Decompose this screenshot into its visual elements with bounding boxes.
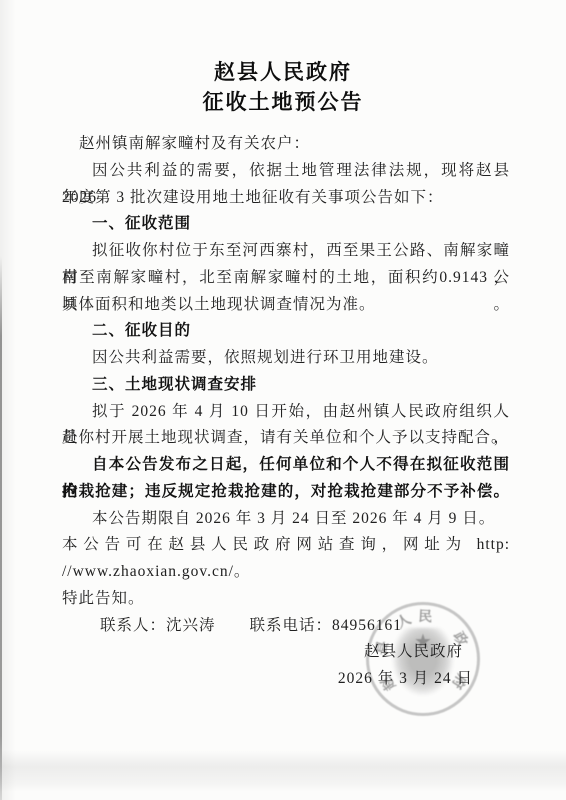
contact-phone-number: 84956161 (332, 617, 402, 634)
body-line: 三、土地现状调查安排 (62, 372, 510, 399)
body-line: 特此告知。 (62, 586, 510, 613)
contact-person-label: 联系人： (100, 617, 166, 634)
signature-org: 赵县人民政府 (62, 639, 510, 666)
signature-date: 2026 年 3 月 24 日 (62, 666, 510, 693)
scan-bottom-shadow (0, 750, 566, 792)
body-line: //www.zhaoxian.gov.cn/。 (62, 559, 510, 586)
contact-person-name: 沈兴涛 (166, 617, 216, 634)
scan-edge-line (0, 0, 2, 800)
body-line: 赴你村开展土地现状调查，请有关单位和个人予以支持配合。 (62, 425, 510, 452)
body-line: 拟征收你村位于东至河西寨村，西至果王公路、南解家疃村， (62, 238, 510, 265)
body-line: 自本公告发布之日起，任何单位和个人不得在拟征收范围内 (62, 452, 510, 479)
body-line: 南至南解家疃村，北至南解家疃村的土地，面积约0.9143 公顷。 (62, 265, 510, 292)
document-title: 赵县人民政府 征收土地预公告 (0, 57, 566, 117)
scanned-notice-page: 赵县人民政府 征收土地预公告 赵州镇南解家疃村及有关农户：因公共利益的需要，依据… (0, 0, 566, 800)
body-line: 拟于 2026 年 4 月 10 日开始，由赵州镇人民政府组织人员， (62, 399, 510, 426)
title-line-1: 赵县人民政府 (0, 57, 566, 87)
body-line: 赵州镇南解家疃村及有关农户： (62, 131, 510, 158)
document-body: 赵州镇南解家疃村及有关农户：因公共利益的需要，依据土地管理法律法规，现将赵县 2… (62, 131, 510, 693)
title-line-2: 征收土地预公告 (0, 87, 566, 117)
body-line: 本公告期限自 2026 年 3 月 24 日至 2026 年 4 月 9 日。 (62, 506, 510, 533)
body-line: 因公共利益的需要，依据土地管理法律法规，现将赵县 2026 (62, 158, 510, 185)
contact-line: 联系人：沈兴涛联系电话：84956161 (62, 613, 510, 640)
body-line: 抢栽抢建；违反规定抢栽抢建的，对抢栽抢建部分不予补偿。 (62, 479, 510, 506)
body-line: 因公共利益需要，依照规划进行环卫用地建设。 (62, 345, 510, 372)
body-line: 年度第 3 批次建设用地土地征收有关事项公告如下： (62, 185, 510, 212)
scan-left-shadow (0, 0, 16, 800)
body-line: 本公告可在赵县人民政府网站查询，网址为 http: (62, 532, 510, 559)
body-lines: 赵州镇南解家疃村及有关农户：因公共利益的需要，依据土地管理法律法规，现将赵县 2… (62, 131, 510, 613)
body-line: 二、征收目的 (62, 318, 510, 345)
body-line: 一、征收范围 (62, 211, 510, 238)
contact-phone-label: 联系电话： (250, 617, 333, 634)
